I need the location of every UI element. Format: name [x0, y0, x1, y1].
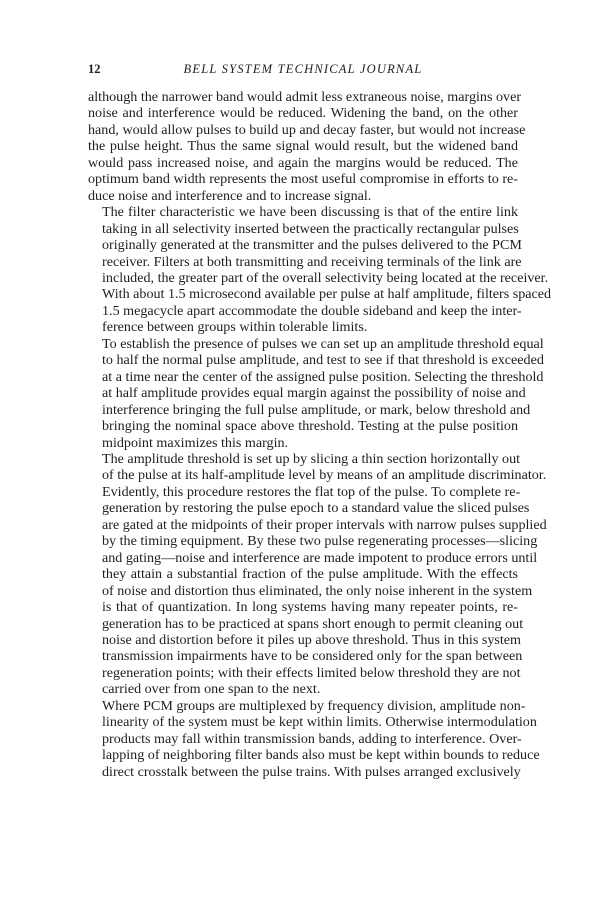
text-line: noise and interference would be reduced.… — [88, 105, 518, 121]
text-line: regeneration points; with their effects … — [88, 665, 518, 681]
text-line: included, the greater part of the overal… — [88, 270, 518, 286]
text-line: interference bringing the full pulse amp… — [88, 402, 518, 418]
text-line: hand, would allow pulses to build up and… — [88, 122, 518, 138]
text-line: linearity of the system must be kept wit… — [88, 714, 518, 730]
text-line: lapping of neighboring filter bands also… — [88, 747, 518, 763]
running-header: 12 BELL SYSTEM TECHNICAL JOURNAL — [88, 62, 518, 80]
text-line: they attain a substantial fraction of th… — [88, 566, 518, 582]
text-line: products may fall within transmission ba… — [88, 731, 518, 747]
text-line: at half amplitude provides equal margin … — [88, 385, 518, 401]
text-line: Evidently, this procedure restores the f… — [88, 484, 518, 500]
text-line: The filter characteristic we have been d… — [88, 204, 518, 220]
text-line: by the timing equipment. By these two pu… — [88, 533, 518, 549]
text-line: receiver. Filters at both transmitting a… — [88, 254, 518, 270]
text-line: direct crosstalk between the pulse train… — [88, 764, 518, 780]
text-line: optimum band width represents the most u… — [88, 171, 518, 187]
text-line: is that of quantization. In long systems… — [88, 599, 518, 615]
paragraph: The filter characteristic we have been d… — [88, 204, 518, 336]
text-line: bringing the nominal space above thresho… — [88, 418, 518, 434]
text-line: Where PCM groups are multiplexed by freq… — [88, 698, 518, 714]
running-title: BELL SYSTEM TECHNICAL JOURNAL — [88, 62, 518, 77]
text-line: the pulse height. Thus the same signal w… — [88, 138, 518, 154]
text-line: To establish the presence of pulses we c… — [88, 336, 518, 352]
paragraph: The amplitude threshold is set up by sli… — [88, 451, 518, 698]
text-line: and gating—noise and interference are ma… — [88, 550, 518, 566]
paragraph: although the narrower band would admit l… — [88, 89, 518, 204]
text-line: The amplitude threshold is set up by sli… — [88, 451, 518, 467]
text-line: of noise and distortion thus eliminated,… — [88, 583, 518, 599]
text-line: noise and distortion before it piles up … — [88, 632, 518, 648]
text-line: of the pulse at its half-amplitude level… — [88, 467, 518, 483]
text-line: duce noise and interference and to incre… — [88, 188, 518, 204]
body-text: although the narrower band would admit l… — [88, 89, 518, 780]
text-line: originally generated at the transmitter … — [88, 237, 518, 253]
text-line: With about 1.5 microsecond available per… — [88, 286, 518, 302]
text-line: at a time near the center of the assigne… — [88, 369, 518, 385]
paragraph: Where PCM groups are multiplexed by freq… — [88, 698, 518, 780]
text-line: to half the normal pulse amplitude, and … — [88, 352, 518, 368]
text-line: ference between groups within tolerable … — [88, 319, 518, 335]
paragraph: To establish the presence of pulses we c… — [88, 336, 518, 451]
text-line: generation by restoring the pulse epoch … — [88, 500, 518, 516]
text-line: 1.5 megacycle apart accommodate the doub… — [88, 303, 518, 319]
text-line: carried over from one span to the next. — [88, 681, 518, 697]
text-line: are gated at the midpoints of their prop… — [88, 517, 518, 533]
text-line: taking in all selectivity inserted betwe… — [88, 221, 518, 237]
text-line: although the narrower band would admit l… — [88, 89, 518, 105]
text-line: would pass increased noise, and again th… — [88, 155, 518, 171]
text-line: transmission impairments have to be cons… — [88, 648, 518, 664]
text-line: midpoint maximizes this margin. — [88, 435, 518, 451]
text-line: generation has to be practiced at spans … — [88, 616, 518, 632]
